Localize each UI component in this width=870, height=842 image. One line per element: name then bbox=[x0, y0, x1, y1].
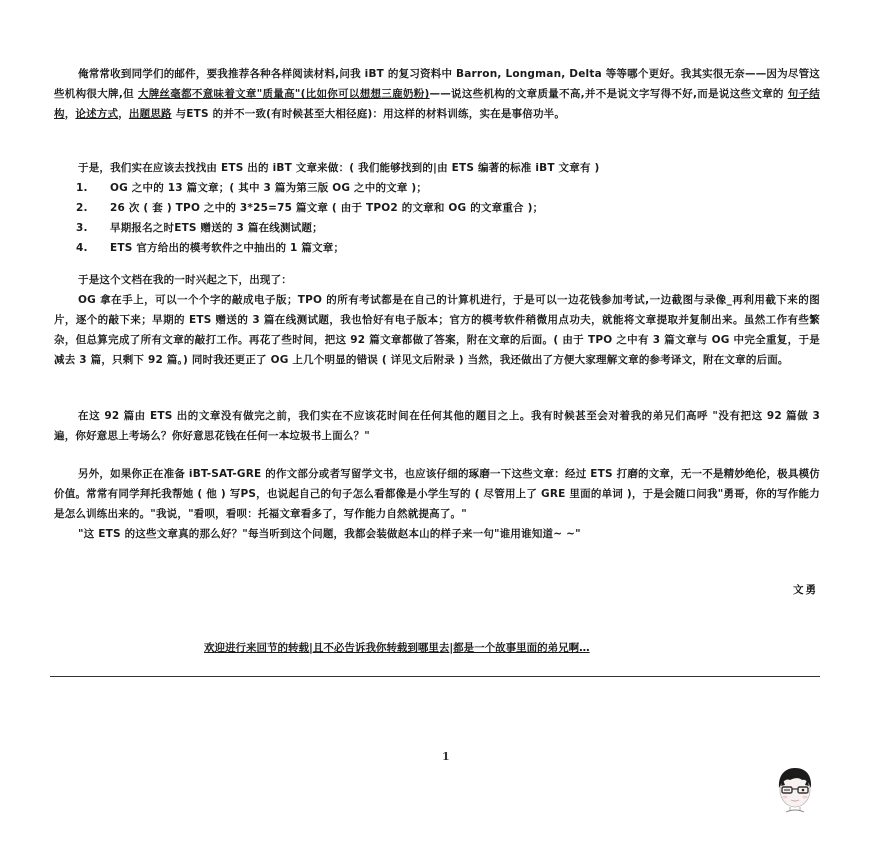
underlined-phrase-argument-style: 论述方式 bbox=[75, 108, 118, 120]
horizontal-divider bbox=[50, 676, 820, 677]
document-page: 俺常常收到同学们的邮件，要我推荐各种各样阅读材料,问我 iBT 的复习资料中 B… bbox=[0, 0, 870, 842]
sources-intro: 于是，我们实在应该去找找由 ETS 出的 iBT 文章来做：( 我们能够找到的|… bbox=[54, 158, 820, 178]
underlined-phrase-question-design: 出题思路 bbox=[129, 108, 172, 120]
cartoon-avatar-icon bbox=[772, 764, 818, 820]
origin-body: OG 拿在手上，可以一个个字的敲成电子版；TPO 的所有考试都是在自己的计算机进… bbox=[54, 290, 820, 370]
list-number: 4. bbox=[54, 238, 110, 258]
exhortation-text: 在这 92 篇由 ETS 出的文章没有做完之前，我们实在不应该花时间在任何其他的… bbox=[54, 406, 820, 446]
paragraph-writing: 另外，如果你正在准备 iBT-SAT-GRE 的作文部分或者写留学文书，也应该仔… bbox=[54, 464, 820, 544]
list-item: 4. ETS 官方给出的模考软件之中抽出的 1 篇文章； bbox=[54, 238, 820, 258]
list-item: 3. 早期报名之时ETS 赠送的 3 篇在线测试题； bbox=[54, 218, 820, 238]
list-text: OG 之中的 13 篇文章；( 其中 3 篇为第三版 OG 之中的文章 )； bbox=[110, 178, 427, 198]
list-number: 1. bbox=[54, 178, 110, 198]
paragraph-document-origin: 于是这个文档在我的一时兴起之下，出现了： OG 拿在手上，可以一个个字的敲成电子… bbox=[54, 270, 820, 370]
separator: ， bbox=[65, 108, 76, 120]
writing-text: 另外，如果你正在准备 iBT-SAT-GRE 的作文部分或者写留学文书，也应该仔… bbox=[54, 464, 820, 524]
page-number: 1 bbox=[442, 750, 450, 763]
intro-text-b: ——说这些机构的文章质量不高,并不是说文字写得不好,而是说这些文章的 bbox=[430, 88, 788, 100]
writing-line2: "这 ETS 的这些文章真的那么好？"每当听到这个问题，我都会装做赵本山的样子来… bbox=[54, 524, 820, 544]
list-number: 3. bbox=[54, 218, 110, 238]
list-item: 1. OG 之中的 13 篇文章；( 其中 3 篇为第三版 OG 之中的文章 )… bbox=[54, 178, 820, 198]
reprint-notice-link[interactable]: 欢迎进行来回节的转载|且不必告诉我你转载到哪里去|都是一个故事里面的弟兄啊… bbox=[204, 640, 590, 655]
list-item: 2. 26 次 ( 套 ) TPO 之中的 3*25=75 篇文章 ( 由于 T… bbox=[54, 198, 820, 218]
list-text: 早期报名之时ETS 赠送的 3 篇在线测试题； bbox=[110, 218, 323, 238]
paragraph-exhortation: 在这 92 篇由 ETS 出的文章没有做完之前，我们实在不应该花时间在任何其他的… bbox=[54, 406, 820, 446]
author-signature: 文勇 bbox=[793, 582, 818, 597]
origin-line: 于是这个文档在我的一时兴起之下，出现了： bbox=[54, 270, 820, 290]
intro-text-c: 与ETS 的并不一致(有时候甚至大相径庭)：用这样的材料训练，实在是事倍功半。 bbox=[172, 108, 565, 120]
separator: ， bbox=[118, 108, 129, 120]
list-text: 26 次 ( 套 ) TPO 之中的 3*25=75 篇文章 ( 由于 TPO2… bbox=[110, 198, 543, 218]
paragraph-intro: 俺常常收到同学们的邮件，要我推荐各种各样阅读材料,问我 iBT 的复习资料中 B… bbox=[54, 64, 820, 124]
list-text: ETS 官方给出的模考软件之中抽出的 1 篇文章； bbox=[110, 238, 344, 258]
underlined-phrase-brand: 大牌丝毫都不意味着文章"质量高"(比如你可以想想三鹿奶粉) bbox=[138, 88, 430, 100]
list-number: 2. bbox=[54, 198, 110, 218]
paragraph-sources: 于是，我们实在应该去找找由 ETS 出的 iBT 文章来做：( 我们能够找到的|… bbox=[54, 158, 820, 258]
